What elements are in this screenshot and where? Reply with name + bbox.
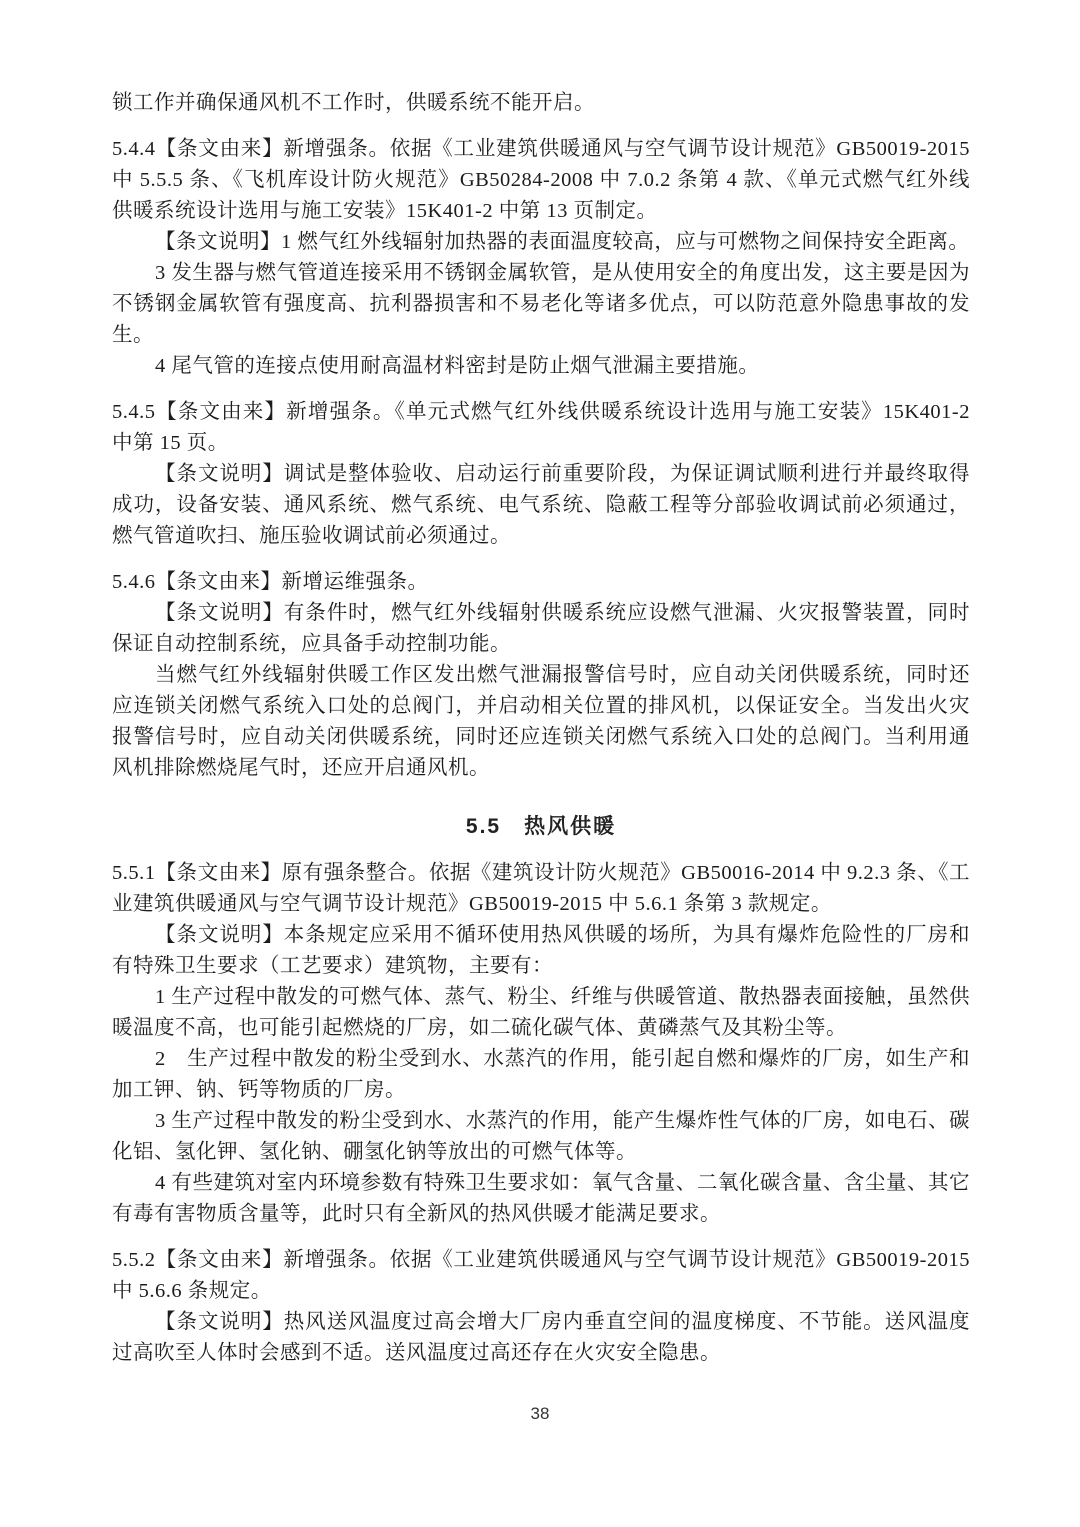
paragraph: 5.4.6【条文由来】新增运维强条。 [112,567,970,598]
document-body: 锁工作并确保通风机不工作时，供暖系统不能开启。5.4.4【条文由来】新增强条。依… [112,88,970,1369]
paragraph: 4 尾气管的连接点使用耐高温材料密封是防止烟气泄漏主要措施。 [112,351,970,382]
paragraph: 【条文说明】热风送风温度过高会增大厂房内垂直空间的温度梯度、不节能。送风温度过高… [112,1307,970,1369]
paragraph: 【条文说明】1 燃气红外线辐射加热器的表面温度较高，应与可燃物之间保持安全距离。 [112,227,970,258]
paragraph: 5.4.5【条文由来】新增强条。《单元式燃气红外线供暖系统设计选用与施工安装》1… [112,397,970,459]
paragraph: 5.5.1【条文由来】原有强条整合。依据《建筑设计防火规范》GB50016-20… [112,858,970,920]
paragraph: 3 生产过程中散发的粉尘受到水、水蒸汽的作用，能产生爆炸性气体的厂房，如电石、碳… [112,1106,970,1168]
paragraph: 当燃气红外线辐射供暖工作区发出燃气泄漏报警信号时，应自动关闭供暖系统，同时还应连… [112,660,970,784]
paragraph: 【条文说明】有条件时，燃气红外线辐射供暖系统应设燃气泄漏、火灾报警装置，同时保证… [112,598,970,660]
paragraph: 4 有些建筑对室内环境参数有特殊卫生要求如：氧气含量、二氧化碳含量、含尘量、其它… [112,1168,970,1230]
paragraph: 1 生产过程中散发的可燃气体、蒸气、粉尘、纤维与供暖管道、散热器表面接触，虽然供… [112,982,970,1044]
paragraph: 2 生产过程中散发的粉尘受到水、水蒸汽的作用，能引起自燃和爆炸的厂房，如生产和加… [112,1044,970,1106]
paragraph: 5.4.4【条文由来】新增强条。依据《工业建筑供暖通风与空气调节设计规范》GB5… [112,134,970,227]
paragraph: 【条文说明】本条规定应采用不循环使用热风供暖的场所，为具有爆炸危险性的厂房和有特… [112,920,970,982]
paragraph: 5.5.2【条文由来】新增强条。依据《工业建筑供暖通风与空气调节设计规范》GB5… [112,1245,970,1307]
paragraph: 【条文说明】调试是整体验收、启动运行前重要阶段，为保证调试顺利进行并最终取得成功… [112,459,970,552]
paragraph: 3 发生器与燃气管道连接采用不锈钢金属软管，是从使用安全的角度出发，这主要是因为… [112,258,970,351]
page-number: 38 [0,1404,1080,1424]
document-page: 锁工作并确保通风机不工作时，供暖系统不能开启。5.4.4【条文由来】新增强条。依… [0,0,1080,1527]
section-heading: 5.5 热风供暖 [112,810,970,840]
paragraph: 锁工作并确保通风机不工作时，供暖系统不能开启。 [112,88,970,119]
